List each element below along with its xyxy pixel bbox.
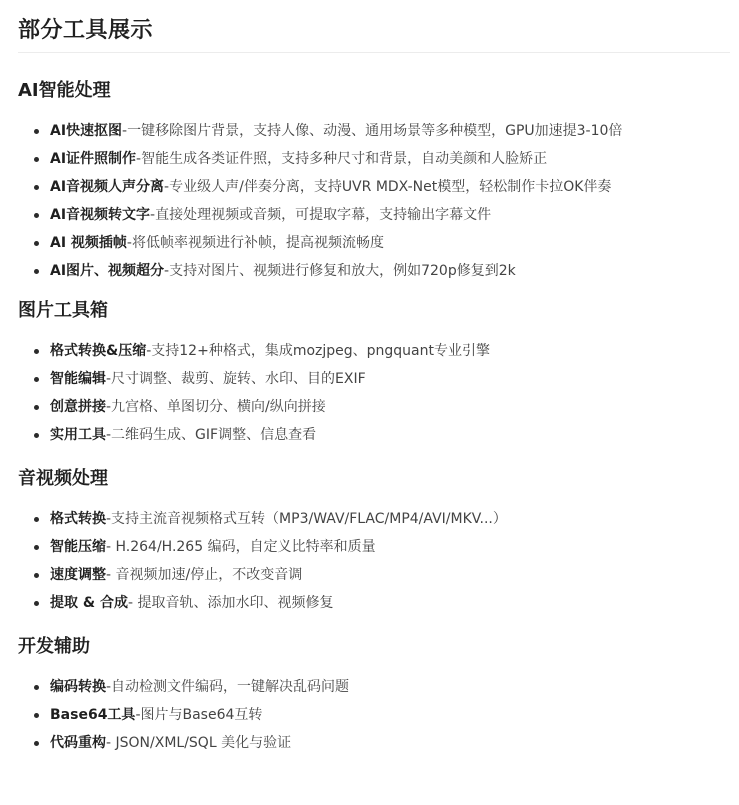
bullet-icon	[34, 405, 39, 410]
feature-desc: -图片与Base64互转	[135, 707, 262, 723]
feature-desc: - H.264/H.265 编码，自定义比特率和质量	[106, 539, 376, 555]
feature-name: 创意拼接	[50, 399, 106, 415]
feature-name: 提取 & 合成	[50, 595, 128, 611]
feature-name: 格式转换&压缩	[50, 343, 146, 359]
feature-desc: -将低帧率视频进行补帧，提高视频流畅度	[127, 235, 384, 251]
bullet-icon	[34, 129, 39, 134]
feature-name: 速度调整	[50, 567, 106, 583]
bullet-icon	[34, 185, 39, 190]
feature-name: AI 视频插帧	[50, 235, 127, 251]
list-item: 创意拼接-九宫格、单图切分、横向/纵向拼接	[18, 393, 721, 421]
section-title: 图片工具箱	[18, 298, 721, 324]
feature-list: 编码转换-自动检测文件编码，一键解决乱码问题 Base64工具-图片与Base6…	[18, 673, 721, 757]
bullet-icon	[34, 545, 39, 550]
list-item: AI证件照制作-智能生成各类证件照，支持多种尺寸和背景，自动美颜和人脸矫正	[18, 145, 721, 173]
page-title: 部分工具展示	[18, 0, 721, 46]
feature-desc: -支持主流音视频格式互转（MP3/WAV/FLAC/MP4/AVI/MKV...…	[106, 511, 507, 527]
title-divider	[18, 52, 730, 53]
feature-name: AI快速抠图	[50, 123, 122, 139]
bullet-icon	[34, 157, 39, 162]
section-dev-assist: 开发辅助 编码转换-自动检测文件编码，一键解决乱码问题 Base64工具-图片与…	[18, 634, 721, 757]
bullet-icon	[34, 741, 39, 746]
list-item: 代码重构- JSON/XML/SQL 美化与验证	[18, 729, 721, 757]
feature-name: AI音视频转文字	[50, 207, 150, 223]
feature-desc: -支持12+种格式，集成mozjpeg、pngquant专业引擎	[146, 343, 490, 359]
feature-name: AI图片、视频超分	[50, 263, 164, 279]
list-item: AI快速抠图-一键移除图片背景，支持人像、动漫、通用场景等多种模型，GPU加速提…	[18, 117, 721, 145]
feature-name: AI证件照制作	[50, 151, 136, 167]
list-item: 实用工具-二维码生成、GIF调整、信息查看	[18, 421, 721, 449]
tools-showcase-page: 部分工具展示 AI智能处理 AI快速抠图-一键移除图片背景，支持人像、动漫、通用…	[0, 0, 739, 757]
feature-desc: -二维码生成、GIF调整、信息查看	[106, 427, 316, 443]
list-item: 编码转换-自动检测文件编码，一键解决乱码问题	[18, 673, 721, 701]
feature-desc: -九宫格、单图切分、横向/纵向拼接	[106, 399, 326, 415]
bullet-icon	[34, 713, 39, 718]
feature-desc: -直接处理视频或音频，可提取字幕，支持输出字幕文件	[150, 207, 491, 223]
feature-name: 智能编辑	[50, 371, 106, 387]
list-item: AI音视频转文字-直接处理视频或音频，可提取字幕，支持输出字幕文件	[18, 201, 721, 229]
feature-name: 智能压缩	[50, 539, 106, 555]
feature-desc: -智能生成各类证件照，支持多种尺寸和背景，自动美颜和人脸矫正	[136, 151, 547, 167]
feature-list: 格式转换-支持主流音视频格式互转（MP3/WAV/FLAC/MP4/AVI/MK…	[18, 505, 721, 617]
feature-name: AI音视频人声分离	[50, 179, 164, 195]
list-item: 速度调整- 音视频加速/停止，不改变音调	[18, 561, 721, 589]
section-ai-processing: AI智能处理 AI快速抠图-一键移除图片背景，支持人像、动漫、通用场景等多种模型…	[18, 78, 721, 285]
list-item: AI图片、视频超分-支持对图片、视频进行修复和放大，例如720p修复到2k	[18, 257, 721, 285]
feature-name: 编码转换	[50, 679, 106, 695]
feature-desc: -支持对图片、视频进行修复和放大，例如720p修复到2k	[164, 263, 516, 279]
section-audio-video-processing: 音视频处理 格式转换-支持主流音视频格式互转（MP3/WAV/FLAC/MP4/…	[18, 466, 721, 617]
list-item: 智能压缩- H.264/H.265 编码，自定义比特率和质量	[18, 533, 721, 561]
feature-name: 格式转换	[50, 511, 106, 527]
list-item: 格式转换-支持主流音视频格式互转（MP3/WAV/FLAC/MP4/AVI/MK…	[18, 505, 721, 533]
bullet-icon	[34, 241, 39, 246]
list-item: AI 视频插帧-将低帧率视频进行补帧，提高视频流畅度	[18, 229, 721, 257]
feature-desc: - 音视频加速/停止，不改变音调	[106, 567, 302, 583]
list-item: 提取 & 合成- 提取音轨、添加水印、视频修复	[18, 589, 721, 617]
list-item: AI音视频人声分离-专业级人声/伴奏分离，支持UVR MDX-Net模型，轻松制…	[18, 173, 721, 201]
bullet-icon	[34, 433, 39, 438]
bullet-icon	[34, 349, 39, 354]
bullet-icon	[34, 601, 39, 606]
feature-list: AI快速抠图-一键移除图片背景，支持人像、动漫、通用场景等多种模型，GPU加速提…	[18, 117, 721, 285]
section-title: AI智能处理	[18, 78, 721, 104]
bullet-icon	[34, 573, 39, 578]
list-item: Base64工具-图片与Base64互转	[18, 701, 721, 729]
bullet-icon	[34, 685, 39, 690]
feature-desc: - 提取音轨、添加水印、视频修复	[128, 595, 334, 611]
feature-name: 实用工具	[50, 427, 106, 443]
feature-desc: -一键移除图片背景，支持人像、动漫、通用场景等多种模型，GPU加速提3-10倍	[122, 123, 622, 139]
feature-desc: -专业级人声/伴奏分离，支持UVR MDX-Net模型，轻松制作卡拉OK伴奏	[164, 179, 611, 195]
bullet-icon	[34, 517, 39, 522]
feature-desc: - JSON/XML/SQL 美化与验证	[106, 735, 291, 751]
feature-desc: -自动检测文件编码，一键解决乱码问题	[106, 679, 349, 695]
feature-list: 格式转换&压缩-支持12+种格式，集成mozjpeg、pngquant专业引擎 …	[18, 337, 721, 449]
bullet-icon	[34, 377, 39, 382]
bullet-icon	[34, 269, 39, 274]
feature-name: 代码重构	[50, 735, 106, 751]
bullet-icon	[34, 213, 39, 218]
list-item: 格式转换&压缩-支持12+种格式，集成mozjpeg、pngquant专业引擎	[18, 337, 721, 365]
list-item: 智能编辑-尺寸调整、裁剪、旋转、水印、目的EXIF	[18, 365, 721, 393]
section-title: 开发辅助	[18, 634, 721, 660]
feature-desc: -尺寸调整、裁剪、旋转、水印、目的EXIF	[106, 371, 366, 387]
section-image-toolbox: 图片工具箱 格式转换&压缩-支持12+种格式，集成mozjpeg、pngquan…	[18, 298, 721, 449]
feature-name: Base64工具	[50, 707, 135, 723]
section-title: 音视频处理	[18, 466, 721, 492]
